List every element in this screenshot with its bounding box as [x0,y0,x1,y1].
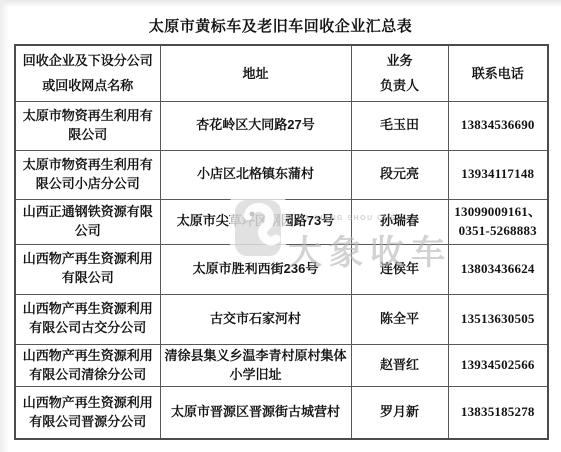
cell-address: 太原市晋源区晋源街古城营村 [160,387,351,439]
cell-address: 太原市尖草坪区钢园路73号 [160,199,351,244]
header-manager: 业务 负责人 [351,45,448,101]
cell-manager: 赵晋红 [351,344,448,387]
cell-address: 杏花岭区大同路27号 [160,101,351,150]
cell-company: 山西物产再生资源利用有限公司 [15,244,160,294]
cell-phone: 13803436624 [448,244,548,294]
cell-company: 山西物产再生资源利用有限公司晋源分公司 [15,387,160,439]
table-row: 山西物产再生资源利用有限公司清徐分公司 清徐县集义乡温李青村原村集体小学旧址 赵… [15,344,548,387]
cell-manager: 连侯年 [351,244,448,294]
document-page: 太原市黄标车及老旧车回收企业汇总表 回收企业及下设分公司 或回收网点名称 地址 … [0,0,561,452]
page-edge-shadow-left [0,0,9,452]
header-company-name: 回收企业及下设分公司 或回收网点名称 [15,45,160,101]
table-row: 太原市物资再生利用有限公司小店分公司 小店区北格镇东蒲村 段元亮 1393411… [15,150,548,199]
cell-company: 太原市物资再生利用有限公司 [15,101,160,150]
cell-manager: 毛玉田 [351,101,448,150]
table-header-row: 回收企业及下设分公司 或回收网点名称 地址 业务 负责人 联系电话 [15,45,548,101]
cell-phone: 13099009161、0351-5268883 [448,199,548,244]
cell-phone: 13513630505 [448,294,548,344]
cell-company: 山西物产再生资源利用有限公司清徐分公司 [15,344,160,387]
cell-address: 清徐县集义乡温李青村原村集体小学旧址 [160,344,351,387]
header-address: 地址 [160,45,351,101]
cell-phone: 13934502566 [448,344,548,387]
cell-phone: 13835185278 [448,387,548,439]
table-row: 山西物产再生资源利用有限公司晋源分公司 太原市晋源区晋源街古城营村 罗月新 13… [15,387,548,439]
cell-company: 山西正通钢铁资源有限公司 [15,199,160,244]
cell-address: 小店区北格镇东蒲村 [160,150,351,199]
cell-manager: 陈全平 [351,294,448,344]
cell-manager: 孙瑞春 [351,199,448,244]
cell-manager: 段元亮 [351,150,448,199]
table-row: 山西物产再生资源利用有限公司 太原市胜利西街236号 连侯年 138034366… [15,244,548,294]
cell-address: 古交市石家河村 [160,294,351,344]
cell-company: 太原市物资再生利用有限公司小店分公司 [15,150,160,199]
table-row: 山西正通钢铁资源有限公司 太原市尖草坪区钢园路73号 孙瑞春 130990091… [15,199,548,244]
recycling-companies-table: 回收企业及下设分公司 或回收网点名称 地址 业务 负责人 联系电话 太原市物资再… [14,44,549,440]
table-row: 太原市物资再生利用有限公司 杏花岭区大同路27号 毛玉田 13834536690 [15,101,548,150]
page-title: 太原市黄标车及老旧车回收企业汇总表 [14,15,547,36]
cell-address: 太原市胜利西街236号 [160,244,351,294]
cell-phone: 13934117148 [448,150,548,199]
cell-company: 山西物产再生资源利用有限公司古交分公司 [15,294,160,344]
page-edge-shadow-top [0,0,561,7]
header-phone: 联系电话 [448,45,548,101]
cell-phone: 13834536690 [448,101,548,150]
table-row: 山西物产再生资源利用有限公司古交分公司 古交市石家河村 陈全平 13513630… [15,294,548,344]
cell-manager: 罗月新 [351,387,448,439]
